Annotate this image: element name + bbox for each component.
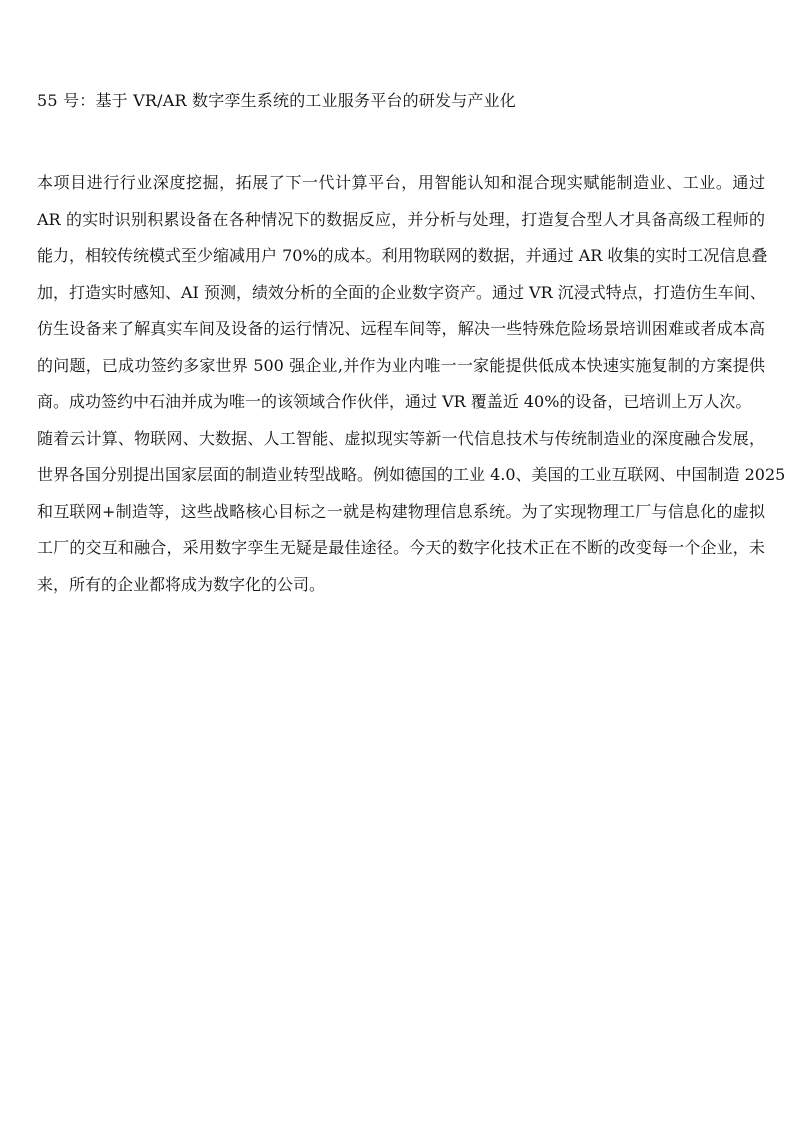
document-page: 55 号：基于 VR/AR 数字孪生系统的工业服务平台的研发与产业化 本项目进行… [0,0,800,1131]
text-line: 和互联网+制造等，这些战略核心目标之一就是构建物理信息系统。为了实现物理工厂与信… [37,494,765,531]
text-line: 加，打造实时感知、AI 预测，绩效分析的全面的企业数字资产。通过 VR 沉浸式特… [37,275,765,312]
text-line: 的问题，已成功签约多家世界 500 强企业,并作为业内唯一一家能提供低成本快速实… [37,348,765,385]
document-body: 本项目进行行业深度挖掘，拓展了下一代计算平台，用智能认知和混合现实赋能制造业、工… [37,165,765,603]
text-line: 本项目进行行业深度挖掘，拓展了下一代计算平台，用智能认知和混合现实赋能制造业、工… [37,165,765,202]
text-line: 工厂的交互和融合，采用数字孪生无疑是最佳途径。今天的数字化技术正在不断的改变每一… [37,530,765,567]
text-line: 来，所有的企业都将成为数字化的公司。 [37,567,765,604]
text-line: 商。成功签约中石油并成为唯一的该领域合作伙伴，通过 VR 覆盖近 40%的设备，… [37,384,765,421]
document-title: 55 号：基于 VR/AR 数字孪生系统的工业服务平台的研发与产业化 [37,89,516,113]
text-line: 随着云计算、物联网、大数据、人工智能、虚拟现实等新一代信息技术与传统制造业的深度… [37,421,765,458]
text-line: AR 的实时识别积累设备在各种情况下的数据反应，并分析与处理，打造复合型人才具备… [37,202,765,239]
text-line: 世界各国分别提出国家层面的制造业转型战略。例如德国的工业 4.0、美国的工业互联… [37,457,765,494]
text-line: 能力，相较传统模式至少缩减用户 70%的成本。利用物联网的数据，并通过 AR 收… [37,238,765,275]
text-line: 仿生设备来了解真实车间及设备的运行情况、远程车间等，解决一些特殊危险场景培训困难… [37,311,765,348]
paragraph-industry-background: 随着云计算、物联网、大数据、人工智能、虚拟现实等新一代信息技术与传统制造业的深度… [37,421,765,604]
paragraph-project-overview: 本项目进行行业深度挖掘，拓展了下一代计算平台，用智能认知和混合现实赋能制造业、工… [37,165,765,421]
